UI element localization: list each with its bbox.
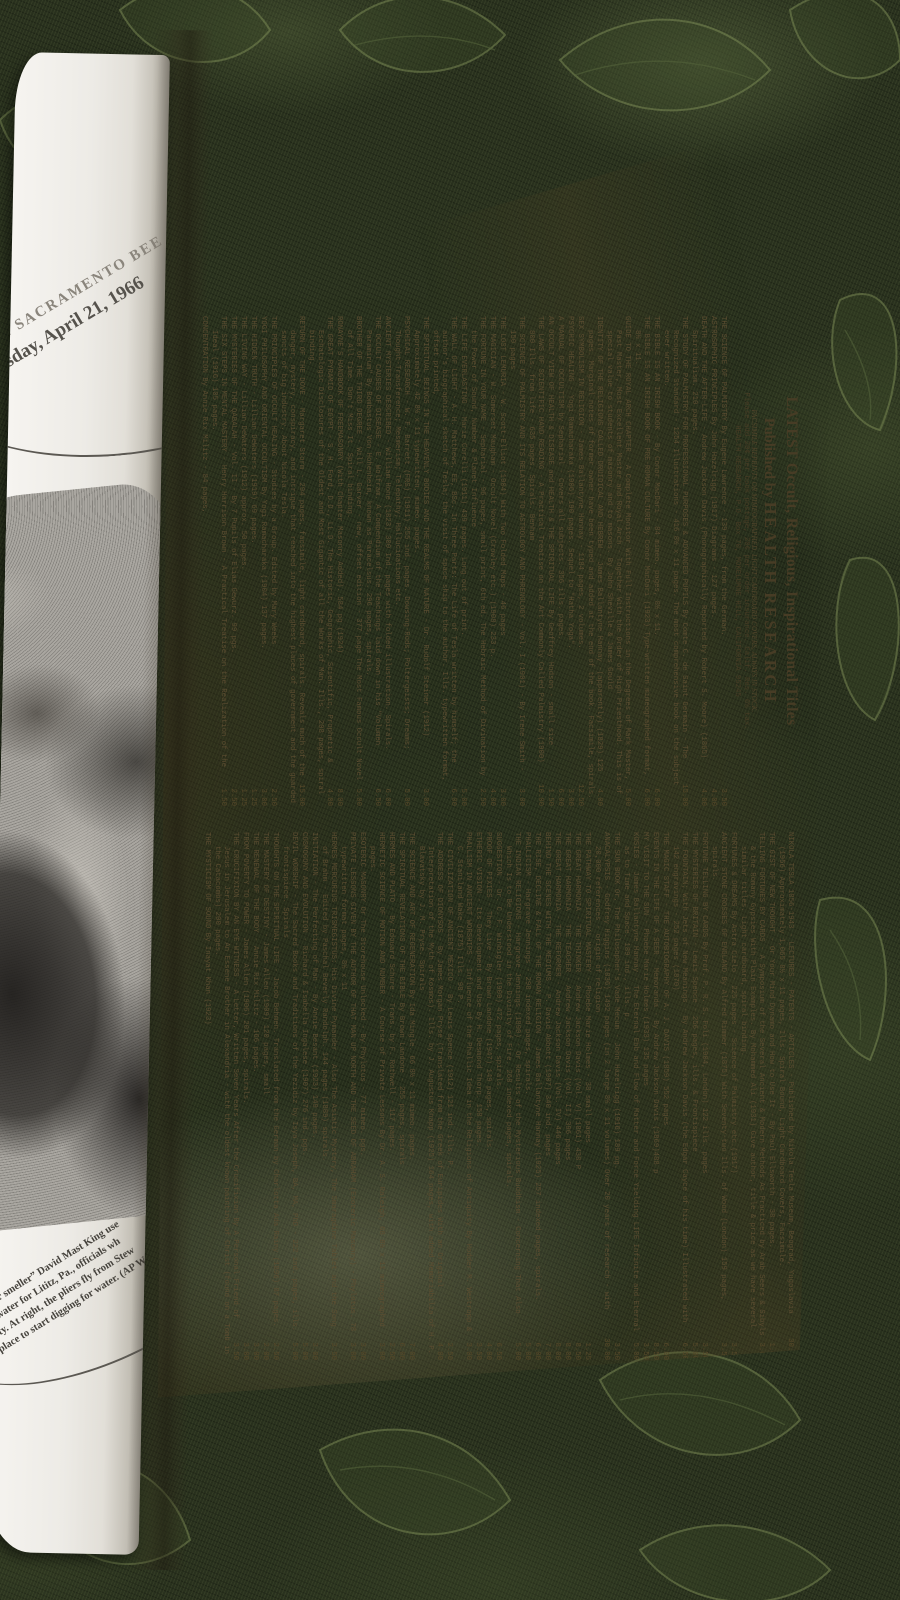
entry-price: 2.00 <box>260 1342 269 1360</box>
catalog-entry: 3.50FORTUNE TELLING BY CARDS By Prof. P.… <box>699 832 708 1360</box>
entry-price: 6.00 <box>532 1342 541 1360</box>
catalog-entry: 1.50THE SIX STEPS IN MENTAL MASTERY - He… <box>209 316 227 806</box>
entry-text: HERMES MERCURIUS TRISMEGISTUS: His Divin… <box>320 832 337 1327</box>
catalog-entry: 2.50THE CIVILIZATION OF ANCIENT MEXICO -… <box>444 832 453 1360</box>
entry-text: ETHERIC VISION - Its Development and Use… <box>474 832 482 1147</box>
catalog-entry: 10.00THE LAWS OF SCIENTIFIC HAND READING… <box>526 316 544 806</box>
entry-text: BROTHER OF THE THIRD DEGREE - Will L. Ga… <box>345 316 362 780</box>
entry-price: 5.00 <box>522 1342 531 1360</box>
entry-text: THE GIST OF NEW THOUGHT - Or Your Mind D… <box>767 832 775 1248</box>
entry-price: 3.50 <box>328 1342 337 1360</box>
catalog-entry: 3.50MY VISIT TO THE SUN - Phoebe Marie H… <box>640 832 649 1360</box>
catalog-entry: 3.00PSYCHIC HEALING - Yogi Ramacharaka (… <box>565 316 574 806</box>
entry-text: ANCIENT MYSTERIES DESCRIBED - William Ho… <box>383 316 391 750</box>
entry-text: PSYCHICAL RESEARCH - W. F. Barrett (FRS)… <box>393 316 410 750</box>
entry-price: 3.50 <box>473 1342 482 1360</box>
entry-price: 3.00 <box>565 788 574 806</box>
entry-price: 6.00 <box>555 788 564 806</box>
catalog-entry: 5.00KOSIES - James Ballantyne Hannay - T… <box>621 832 639 1360</box>
entry-price: 3.00 <box>497 788 506 806</box>
catalog-intro-postage: Please add 20¢ per book postage, 20¢ per… <box>741 316 750 806</box>
catalog-entry: 6.50THE OCCULT CAUSES OF DISEASE - E. Wo… <box>363 316 381 806</box>
entry-price: 4.00 <box>483 1342 492 1360</box>
entry-price: 8.50 <box>572 1342 581 1360</box>
entry-text: THE WALL OF LIGHT - A. H. Matthews, EE, … <box>431 316 457 781</box>
entry-text: PRIVATE LESSONS GIVEN BY THE AUTHOR OF T… <box>339 832 356 1331</box>
entry-text: PROOF OF PIXIES - They Live - By Brown L… <box>484 832 492 1152</box>
entry-price: 3.00 <box>347 1342 356 1360</box>
entry-text: COSMOGONY AND EVOLUTION - Richard & Isab… <box>300 832 308 1156</box>
entry-text: THE SPIRITUAL BEINGS IN THE HEAVENLY BOD… <box>412 316 429 736</box>
catalog-entry: 6.00THE SPIRITUAL REVELATIONS OF THE BIB… <box>396 832 405 1360</box>
entry-text: MY VISIT TO THE SUN - Phoebe Marie Holme… <box>641 832 649 1086</box>
entry-price: 3.00 <box>357 1342 366 1360</box>
entry-price: 8.00 <box>552 1342 561 1360</box>
entry-text: THE HIDDEN TRUTH - Lillian DeWaters (191… <box>249 316 257 544</box>
entry-text: ESOTERIC MASONRY Or The Storehouse Unloc… <box>358 832 366 1156</box>
catalog-entry: 15.00THE STUDY OF PALMISTRY FOR PROFESSI… <box>661 316 688 806</box>
entry-text: THE LIFE EVERLASTING - Marie Corelli (19… <box>459 316 467 636</box>
entry-text: THE RISE, DECLINE & FALL OF THE ROMAN RE… <box>533 832 541 1301</box>
catalog-entry: 3.50ANCIENT STONE CROSSES OF ENGLAND By … <box>709 832 727 1360</box>
entry-price: 2.50 <box>270 1342 279 1360</box>
entry-price: 2.50 <box>386 1342 395 1360</box>
catalog-column-2: 30.00NIKOLA TESLA 1856-1943 - LECTURES -… <box>168 832 800 1360</box>
entry-text: HERMES AND PLATO - By Edouard Schure - T… <box>387 832 395 1152</box>
catalog-entry: 4.00THE MAGICIAN - W. Somerset Maugham -… <box>487 316 496 806</box>
entry-text: KOSIES - James Ballantyne Hannay - The E… <box>622 832 639 1331</box>
catalog-entry: 3.00YOGI PHILOSOPHY AND ORIENTAL OCCULTI… <box>258 316 267 806</box>
catalog-intro-address: HEALTH RESEARCH, P.O. Box 70, MOKELUMNE … <box>732 316 741 806</box>
catalog-entry: 4.00DEATH AND THE AFTER-LIFE - Andrew Ja… <box>689 316 707 806</box>
entry-text: THE GREAT PYRAMID OF EGYPT - S. H. Ford,… <box>307 316 333 794</box>
entry-price: 3.00 <box>420 788 429 806</box>
entry-text: PHALLICISM - Hargrave Jennings - 298 ind… <box>523 832 531 1095</box>
catalog-entry: 6.50THE FOUNTAIN; With Jets of New Meani… <box>670 832 688 1360</box>
entry-text: YOGI PHILOSOPHY AND ORIENTAL OCCULTISM B… <box>259 316 267 649</box>
entry-price: 2.50 <box>444 1342 453 1360</box>
entry-price: 3.50 <box>640 1342 649 1360</box>
entry-text: FROM POVERTY TO POWER - James Allen (190… <box>241 832 249 1104</box>
entry-price: 5.00 <box>512 1342 521 1360</box>
entry-price: 4.00 <box>324 788 333 806</box>
entry-text: THE GREAT HARMONIA - THE THINKER - Andre… <box>573 832 581 1169</box>
catalog-entry: 7.00BEHIND THE SCENES WITH THE MEDIUMS -… <box>542 832 551 1360</box>
entry-price: 8.00 <box>562 1342 571 1360</box>
entry-text: CONCENTRATION By Annie Rix Militz - 84 p… <box>200 316 208 513</box>
published-by-label: Published by <box>761 418 777 498</box>
entry-text: THE BIBLE IS AN IRISH BOOK OF PRE-ROMAN … <box>633 316 650 776</box>
entry-text: THE LAWS OF SCIENTIFIC HAND READING - A … <box>527 316 544 763</box>
entry-price: 12.50 <box>575 784 584 806</box>
catalog-entry: 1.25THE HIDDEN TRUTH - Lillian DeWaters … <box>248 316 257 806</box>
entry-text: RONAYNE'S HANDBOOK OF FREEMASONRY (With … <box>335 316 343 653</box>
catalog-entry: 6.00A MANUAL OF OCCULTISM by Sepharial -… <box>555 316 564 806</box>
entry-text: PHALLISM IN ANCIENT WORSHIPS - Influence… <box>455 832 472 1331</box>
entry-price: 1.25 <box>582 1342 591 1360</box>
catalog-page: LATEST Occult, Religious, Inspirational … <box>146 92 846 1412</box>
entry-text: THE GREAT HARMONIA - THE REFORMER - Andr… <box>553 832 561 1165</box>
entry-price: 3.00 <box>258 788 267 806</box>
entry-text: TELLING FORTUNES BY CARDS - A Symposium … <box>739 832 765 1336</box>
entry-text: THE OCCULT CAUSES OF DISEASE - E. Wolfra… <box>364 316 381 745</box>
catalog-entry: 5.00THE MYSTERIES OF BRITAIN - Lewis Spe… <box>689 832 698 1360</box>
entry-price: 8.00 <box>334 788 343 806</box>
newspaper-dateline: Thursday, April 21, 1966 <box>0 208 170 394</box>
entry-price: 4.00 <box>434 1342 443 1360</box>
newspaper-masthead-block: THE SACRAMENTO BEE Thursday, April 21, 1… <box>0 188 170 380</box>
catalog-entry: 6.00THE BIBLE IS AN IRISH BOOK OF PRE-RO… <box>632 316 650 806</box>
entry-price: 8.50 <box>650 1342 659 1360</box>
entry-price: 2.50 <box>228 788 237 806</box>
catalog-entry: 5.00COSMOGONY AND EVOLUTION - Richard & … <box>299 832 308 1360</box>
entry-text: THE MYSTERIES OF THE QABALAH - Vol. II -… <box>229 316 237 653</box>
catalog-entry: 3.00THE SCIENCE OF PALMISTRY AND ITS REL… <box>507 316 525 806</box>
catalog-entry: 3.00ESOTERIC MASONRY Or The Storehouse U… <box>357 832 366 1360</box>
catalog-entry: 6.50SUGGESTION - Dr. C. F. Winbigler (19… <box>493 832 502 1360</box>
catalog-entry: 6.00THE BIBLE IS AN IRISH BOOK - By Cono… <box>651 316 660 806</box>
entry-text: ANCIENT STONE CROSSES OF ENGLAND By Alfr… <box>710 832 727 1301</box>
catalog-entry: 3.00HERMETIC SCIENCE OF MOTION AND NUMBE… <box>367 832 385 1360</box>
entry-text: FORTUNE TELLING BY CARDS By Prof. P. R. … <box>700 832 708 1174</box>
catalog-entries-column-1: 3.50THE SCIENCE OF PALMISTRY By Eugene L… <box>199 316 727 806</box>
entry-text: THE ADDRESS OF DIONYSOS - By James Morga… <box>417 832 443 1354</box>
catalog-entry: 8.50THE GREAT HARMONIA - THE THINKER - A… <box>572 832 581 1360</box>
rotated-catalog-text: LATEST Occult, Religious, Inspirational … <box>160 92 810 1412</box>
entry-text: THE LIVING WAY - Lillian DeWaters (1912)… <box>239 316 247 570</box>
entry-price: 3.00 <box>376 1342 385 1360</box>
entry-text: HERMETIC SCIENCE OF MOTION AND NUMBER - … <box>368 832 385 1327</box>
entry-price: 3.00 <box>309 1342 318 1360</box>
entry-price: 5.00 <box>458 788 467 806</box>
catalog-entry: 5.00DEVIL WORSHIP - The Sacred Books and… <box>280 832 298 1360</box>
entry-price: 3.00 <box>516 788 525 806</box>
entry-price: 5.00 <box>299 1342 308 1360</box>
entry-text: THOUGHTS ON THE SPIRITUAL LIFE - Jacob B… <box>271 832 279 1327</box>
entry-text: THE SCIENCE AND ART OF REGENERATION By I… <box>407 832 415 1160</box>
catalog-entry: 6.00THE WALL OF LIGHT - A. H. Matthews, … <box>430 316 457 806</box>
entry-text: GUIDE TO THE ROYAL ARCH CHAPTER - A Comp… <box>605 316 631 794</box>
catalog-entry: 3.50HERMES MERCURIUS TRISMEGISTUS: His D… <box>319 832 337 1360</box>
catalog-entry: 1.50AN OCCULT VIEW OF HEALTH & DISEASE a… <box>545 316 554 806</box>
catalog-intro-emphasis: FACSIMILE REPRINTS OR MIMEOGRAPHED. LIGH… <box>750 316 757 806</box>
entry-price: 5.00 <box>689 1342 698 1360</box>
catalog-entry: 6.00ANCIENT MYSTERIES DESCRIBED - Willia… <box>382 316 391 806</box>
entry-text: THE SCIENCE OF PALMISTRY AND ITS RELATIO… <box>508 316 525 771</box>
catalog-entry: 2.50THE MYSTERIES OF THE QABALAH - Vol. … <box>228 316 237 806</box>
catalog-entry: 15.00RETURN OF THE DOVE - Margaret Storm… <box>278 316 305 806</box>
entry-text: NIKOLA TESLA 1856-1943 - LECTURES - PATE… <box>777 832 794 1314</box>
entry-text: THE RENEWAL OF THE BODY - Annie Rix Mili… <box>251 832 259 1073</box>
photo-of-open-book: { "colors": { "fabric_green": "#28301d",… <box>0 0 900 1600</box>
catalog-entry: 30.00NIKOLA TESLA 1856-1943 - LECTURES -… <box>776 832 794 1360</box>
entry-price: 5.00 <box>630 1342 639 1360</box>
catalog-entry: 5.00PSYCHICAL RESEARCH - W. F. Barrett (… <box>392 316 410 806</box>
entry-price: 6.00 <box>641 788 650 806</box>
entry-text: THE BIBLE IS AN IRISH BOOK - By Conor Ma… <box>652 316 660 636</box>
catalog-entry: 3.50ETHERIC VISION - Its Development and… <box>473 832 482 1360</box>
catalog-entry: 3.00PHALLISM IN ANCIENT WORSHIPS - Influ… <box>454 832 472 1360</box>
entry-price: 1.50 <box>545 788 554 806</box>
entry-text: THE SPIRITUAL REVELATIONS OF THE BIBLE B… <box>397 832 405 1165</box>
catalog-entry: 4.00THE GREAT PYRAMID OF EGYPT - S. H. F… <box>306 316 333 806</box>
entry-price: 2.50 <box>477 788 486 806</box>
entry-price: 5.00 <box>353 788 362 806</box>
catalog-entry: 1.00THE GIST OF NEW THOUGHT - Or Your Mi… <box>766 832 775 1360</box>
entry-price: 10.00 <box>535 784 544 806</box>
entry-price: 4.00 <box>487 788 496 806</box>
entry-price: 7.00 <box>406 1342 415 1360</box>
entry-text: THE MASTERY OF DESTINY - James Allen (19… <box>261 832 269 1095</box>
catalog-entry: 5.00THE INDIAN RELIGIONS - Hargrave Jenn… <box>503 832 521 1360</box>
catalog-entry: THE MYSTICISM OF SOUND By Inayat Khan (1… <box>202 832 211 1360</box>
catalog-entry: 6.00THE MAGIC STAFF - THE AUTOBIOGRAPHY … <box>660 832 669 1360</box>
entry-price: 15.00 <box>679 784 688 806</box>
entry-text: THE STUDY OF PALMISTRY FOR PROFESSIONAL … <box>662 316 688 785</box>
catalog-entry: 4.00ASTROSOPHIC PRINCIPLES By John Hazel… <box>708 316 717 806</box>
entry-text: THE SIX STEPS IN MENTAL MASTERY - Henry … <box>210 316 227 767</box>
entry-price: 15.00 <box>296 784 305 806</box>
catalog-entry: 8.00THE GREAT HARMONIA - THE REFORMER - … <box>552 832 561 1360</box>
entry-text: EVENTS IN THE LIFE OF A SEER - Memoranda… <box>651 832 659 1174</box>
catalog-entry: 4.00PROOF OF PIXIES - They Live - By Bro… <box>483 832 492 1360</box>
entry-text: INITIATION - The Perfecting of Man - By … <box>310 832 318 1139</box>
catalog-entry: 3.00THE RENEWAL OF THE BODY - Annie Rix … <box>250 832 259 1360</box>
entry-price: 3.00 <box>250 1342 259 1360</box>
entry-price: 5.00 <box>401 788 410 806</box>
catalog-entry: 3.50THE SUN BOOK Or, The Philosopher's V… <box>611 832 620 1360</box>
catalog-entry: 2.00THE MASTERY OF DESTINY - James Allen… <box>260 832 269 1360</box>
catalog-entry: 3.50THE CRUCIFIXION BY AN EYE-WITNESS - … <box>212 832 239 1360</box>
catalog-entry: 3.00THE SPIRITUAL BEINGS IN THE HEAVENLY… <box>411 316 429 806</box>
entry-text: THE PATHWAY TO SPIRITUAL MASTERY - Phoeb… <box>583 832 591 1143</box>
catalog-entry: 4.00IDENTITY OF THE RELIGIONS CALLED DRU… <box>585 316 603 806</box>
entry-text: THE INDIAN RELIGIONS - Hargrave Jennings… <box>504 832 521 1314</box>
entry-text: A MANUAL OF OCCULTISM by Sepharial - Cov… <box>556 316 564 640</box>
catalog-entry: 8.00RONAYNE'S HANDBOOK OF FREEMASONRY (W… <box>334 316 343 806</box>
entry-price: 6.50 <box>679 1342 688 1360</box>
catalog-entry: CONCENTRATION By Annie Rix Militz - 84 p… <box>199 316 208 806</box>
entry-price: 4.00 <box>698 788 707 806</box>
entry-price: 5.00 <box>622 788 631 806</box>
catalog-column-1: LATEST Occult, Religious, Inspirational … <box>168 316 800 806</box>
entry-text: THE MYSTICISM OF SOUND By Inayat Khan (1… <box>203 832 211 1025</box>
entry-text: THE SUN BOOK Or, The Philosopher's Vade … <box>612 832 620 1169</box>
entry-price: 3.50 <box>718 788 727 806</box>
entry-text: THE PRINCIPLES OF OCCULT HEALING - Studi… <box>269 316 277 644</box>
entry-price: 3.00 <box>463 1342 472 1360</box>
entry-price: 1.50 <box>218 788 227 806</box>
catalog-entry: 8.00THE GREAT HARMONIA - THE TEACHER - A… <box>562 832 571 1360</box>
entry-text: THE FOUNTAIN; With Jets of New Meanings … <box>671 832 688 1322</box>
catalog-entry: 3.50THE SCIENCE OF PALMISTRY By Eugene L… <box>718 316 727 806</box>
entry-text: THE LOST LEMURIA - W. Scott-Elliot (1904… <box>498 316 506 636</box>
entry-price: 6.00 <box>382 788 391 806</box>
catalog-entry: 3.00TELLING FORTUNES BY CARDS - A Sympos… <box>738 832 765 1360</box>
entry-price: 4.00 <box>708 788 717 806</box>
entry-text: THE MAGIC STAFF - THE AUTOBIOGRAPHY OF A… <box>661 832 669 1125</box>
entry-price: 3.50 <box>230 1342 239 1360</box>
catalog-entry: 3.50FORTUNES & DREAMS By Astra Cielo - 2… <box>728 832 737 1360</box>
catalog-entry: 1.25THE LIVING WAY - Lillian DeWaters (1… <box>238 316 247 806</box>
entry-price: 6.50 <box>372 788 381 806</box>
entry-price: 6.50 <box>493 1342 502 1360</box>
entry-price: 5.00 <box>289 1342 298 1360</box>
entry-price: 3.50 <box>611 1342 620 1360</box>
entry-text: SUGGESTION - Dr. C. F. Winbigler (1909) … <box>494 832 502 1090</box>
newspaper-halftone-photo <box>0 480 170 1233</box>
entry-price: 3.00 <box>240 1342 249 1360</box>
catalog-entry: 6.00THE RISE, DECLINE & FALL OF THE ROMA… <box>532 832 541 1360</box>
catalog-entry: 3.00FROM POVERTY TO POWER - James Allen … <box>240 832 249 1360</box>
entry-price: 4.00 <box>594 788 603 806</box>
entry-price: 1.25 <box>238 788 247 806</box>
catalog-entry: 7.00THE SCIENCE AND ART OF REGENERATION … <box>406 832 415 1360</box>
catalog-entry: 4.00THE ADDRESS OF DIONYSOS - By James M… <box>416 832 443 1360</box>
entry-text: THE CIVILIZATION OF ANCIENT MEXICO - By … <box>445 832 453 1169</box>
catalog-entry: 2.50THOUGHTS ON THE SPIRITUAL LIFE - Jac… <box>270 832 279 1360</box>
catalog-entry: 5.00PHALLICISM - Hargrave Jennings - 298… <box>522 832 531 1360</box>
entry-text: DEATH AND THE AFTER-LIFE - Andrew Jackso… <box>690 316 707 758</box>
catalog-entry: 8.50EVENTS IN THE LIFE OF A SEER - Memor… <box>650 832 659 1360</box>
catalog-entry: 2.50THE FORTUNE IN YOUR NAME - Sepharial… <box>468 316 486 806</box>
catalog-entry: 5.00BROTHER OF THE THIRD DEGREE - Will L… <box>344 316 362 806</box>
entry-text: SEX SYMBOLISM IN RELIGION - James Ballan… <box>576 316 584 649</box>
entry-text: THE FORTUNE IN YOUR NAME - Sepharial - 9… <box>469 316 486 776</box>
entry-price: 6.00 <box>448 788 457 806</box>
catalog-entry: 3.00THE LOST LEMURIA - W. Scott-Elliot (… <box>497 316 506 806</box>
entry-text: RETURN OF THE DOVE - Margaret Storm - 29… <box>279 316 305 803</box>
entry-text: BEHIND THE SCENES WITH THE MEDIUMS - P. … <box>543 832 551 1156</box>
entry-text: IDENTITY OF THE RELIGIONS CALLED DRUIDIC… <box>586 316 603 799</box>
entry-price: 1.25 <box>248 788 257 806</box>
entry-text: THE MAGICIAN - W. Somerset Maugham - Occ… <box>488 316 496 658</box>
catalog-entry: 30.00ANACALYPSIS - Godfrey Higgins (1836… <box>592 832 610 1360</box>
catalog-title-block: LATEST Occult, Religious, Inspirational … <box>732 316 800 806</box>
catalog-entry: 12.50SEX SYMBOLISM IN RELIGION - James B… <box>575 316 584 806</box>
publisher-name: HEALTH RESEARCH <box>761 502 780 704</box>
entry-text: DEVIL WORSHIP - The Sacred Books and Tra… <box>281 832 298 1331</box>
entry-price: 2.50 <box>268 788 277 806</box>
entry-price: 6.00 <box>660 1342 669 1360</box>
catalog-entry: 3.00PRIVATE LESSONS GIVEN BY THE AUTHOR … <box>338 832 356 1360</box>
catalog-entry: 5.00THE LIFE EVERLASTING - Marie Corelli… <box>458 316 467 806</box>
catalog-entry: 1.25THE PATHWAY TO SPIRITUAL MASTERY - P… <box>582 832 591 1360</box>
entry-text: THE CRUCIFIXION BY AN EYE-WITNESS - A Le… <box>213 832 239 1354</box>
entry-text: ASTROSOPHIC PRINCIPLES By John Hazelrigg… <box>709 316 717 618</box>
catalog-entry: 2.50THE PRINCIPLES OF OCCULT HEALING - S… <box>268 316 277 806</box>
catalog-entry: 3.00INITIATION - The Perfecting of Man -… <box>309 832 318 1360</box>
entry-price: 7.00 <box>542 1342 551 1360</box>
entry-text: FORTUNES & DREAMS By Astra Cielo - 225 p… <box>729 832 737 1174</box>
entry-price: 30.00 <box>601 1338 610 1360</box>
catalog-publisher-line: Published by HEALTH RESEARCH <box>760 316 780 806</box>
catalog-entry: 2.50HERMES AND PLATO - By Edouard Schure… <box>386 832 395 1360</box>
catalog-entry: 5.00GUIDE TO THE ROYAL ARCH CHAPTER - A … <box>604 316 631 806</box>
catalog-title: LATEST Occult, Religious, Inspirational … <box>782 316 800 806</box>
catalog-entries-column-2: 30.00NIKOLA TESLA 1856-1943 - LECTURES -… <box>202 832 794 1360</box>
entry-text: THE MYSTERIES OF BRITAIN - Lewis Spence … <box>690 832 698 1152</box>
entry-text: AN OCCULT VIEW OF HEALTH & DISEASE and H… <box>546 316 554 745</box>
entry-price: 6.00 <box>651 788 660 806</box>
entry-text: THE SCIENCE OF PALMISTRY By Eugene Lawre… <box>719 316 727 636</box>
entry-text: PSYCHIC HEALING - Yogi Ramacharaka (1906… <box>566 316 574 649</box>
entry-text: ANACALYPSIS - Godfrey Higgins (1836) 149… <box>593 832 610 1309</box>
entry-text: THE GREAT HARMONIA - THE TEACHER - Andre… <box>563 832 571 1160</box>
entry-price: 6.00 <box>396 1342 405 1360</box>
